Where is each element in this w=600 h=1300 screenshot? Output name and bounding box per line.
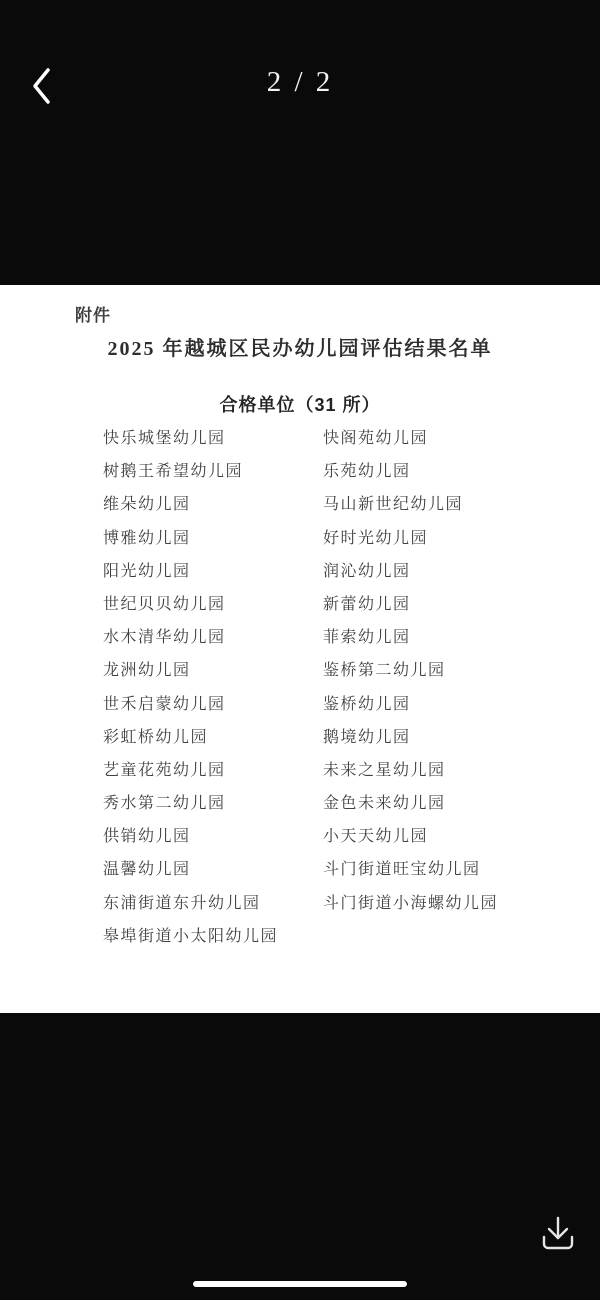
kindergarten-name-right: 鉴桥幼儿园 <box>323 695 570 714</box>
kindergarten-name-left: 艺童花苑幼儿园 <box>103 761 323 780</box>
list-row: 维朵幼儿园马山新世纪幼儿园 <box>103 495 570 528</box>
section-heading: 合格单位（31 所） <box>0 391 600 417</box>
kindergarten-name-left: 快乐城堡幼儿园 <box>103 429 323 448</box>
kindergarten-name-right: 润沁幼儿园 <box>323 562 570 581</box>
list-row: 供销幼儿园小天天幼儿园 <box>103 827 570 860</box>
kindergarten-name-right: 斗门街道小海螺幼儿园 <box>323 894 570 913</box>
kindergarten-name-left: 供销幼儿园 <box>103 827 323 846</box>
list-row: 温馨幼儿园斗门街道旺宝幼儿园 <box>103 860 570 893</box>
kindergarten-name-right: 新蕾幼儿园 <box>323 595 570 614</box>
kindergarten-name-right: 马山新世纪幼儿园 <box>323 495 570 514</box>
viewer-topbar: 2 / 2 <box>0 0 600 285</box>
list-row: 皋埠街道小太阳幼儿园 <box>103 927 570 960</box>
kindergarten-name-left: 秀水第二幼儿园 <box>103 794 323 813</box>
kindergarten-name-right: 快阁苑幼儿园 <box>323 429 570 448</box>
kindergarten-name-left: 博雅幼儿园 <box>103 529 323 548</box>
list-row: 世禾启蒙幼儿园鉴桥幼儿园 <box>103 695 570 728</box>
kindergarten-name-left: 龙洲幼儿园 <box>103 661 323 680</box>
kindergarten-name-right: 鹅境幼儿园 <box>323 728 570 747</box>
kindergarten-name-left: 水木清华幼儿园 <box>103 628 323 647</box>
list-row: 龙洲幼儿园鉴桥第二幼儿园 <box>103 661 570 694</box>
kindergarten-name-left: 世禾启蒙幼儿园 <box>103 695 323 714</box>
kindergarten-name-left: 世纪贝贝幼儿园 <box>103 595 323 614</box>
attachment-label: 附件 <box>75 301 111 326</box>
kindergarten-name-right: 金色未来幼儿园 <box>323 794 570 813</box>
home-indicator-bar[interactable] <box>193 1281 407 1287</box>
list-row: 秀水第二幼儿园金色未来幼儿园 <box>103 794 570 827</box>
list-row: 博雅幼儿园好时光幼儿园 <box>103 529 570 562</box>
kindergarten-name-right: 未来之星幼儿园 <box>323 761 570 780</box>
list-row: 彩虹桥幼儿园鹅境幼儿园 <box>103 728 570 761</box>
download-icon <box>537 1213 579 1255</box>
document-page: 附件 2025 年越城区民办幼儿园评估结果名单 合格单位（31 所） 快乐城堡幼… <box>0 285 600 1013</box>
kindergarten-name-right: 菲索幼儿园 <box>323 628 570 647</box>
kindergarten-name-right: 好时光幼儿园 <box>323 529 570 548</box>
page-indicator: 2 / 2 <box>0 66 600 99</box>
kindergarten-name-right: 鉴桥第二幼儿园 <box>323 661 570 680</box>
kindergarten-name-left: 树鹅王希望幼儿园 <box>103 462 323 481</box>
list-row: 阳光幼儿园润沁幼儿园 <box>103 562 570 595</box>
kindergarten-name-right: 小天天幼儿园 <box>323 827 570 846</box>
list-row: 艺童花苑幼儿园未来之星幼儿园 <box>103 761 570 794</box>
kindergarten-name-right: 乐苑幼儿园 <box>323 462 570 481</box>
list-row: 东浦街道东升幼儿园斗门街道小海螺幼儿园 <box>103 894 570 927</box>
list-row: 世纪贝贝幼儿园新蕾幼儿园 <box>103 595 570 628</box>
kindergarten-name-right: 斗门街道旺宝幼儿园 <box>323 860 570 879</box>
list-row: 树鹅王希望幼儿园乐苑幼儿园 <box>103 462 570 495</box>
kindergarten-name-left: 彩虹桥幼儿园 <box>103 728 323 747</box>
list-row: 水木清华幼儿园菲索幼儿园 <box>103 628 570 661</box>
download-button[interactable] <box>530 1206 586 1262</box>
kindergarten-name-left: 东浦街道东升幼儿园 <box>103 894 323 913</box>
list-row: 快乐城堡幼儿园快阁苑幼儿园 <box>103 429 570 462</box>
document-title: 2025 年越城区民办幼儿园评估结果名单 <box>0 332 600 361</box>
kindergarten-name-left: 温馨幼儿园 <box>103 860 323 879</box>
kindergarten-name-left: 皋埠街道小太阳幼儿园 <box>103 927 323 946</box>
kindergarten-list: 快乐城堡幼儿园快阁苑幼儿园树鹅王希望幼儿园乐苑幼儿园维朵幼儿园马山新世纪幼儿园博… <box>103 429 570 960</box>
kindergarten-name-left: 维朵幼儿园 <box>103 495 323 514</box>
kindergarten-name-left: 阳光幼儿园 <box>103 562 323 581</box>
